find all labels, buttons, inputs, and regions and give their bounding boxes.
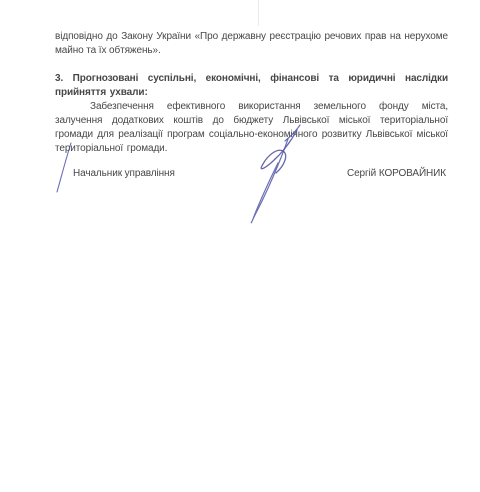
section-3-body: Забезпечення ефективного використання зе… (55, 100, 448, 156)
position-title: Начальник управління (73, 167, 175, 181)
document-page: { "page": { "background": "#ffffff", "te… (0, 0, 480, 492)
signer-name: Сергій КОРОВАЙНИК (347, 167, 446, 181)
scan-artifact-line (258, 0, 259, 26)
section-3-heading: 3. Прогнозовані суспільні, економічні, ф… (55, 72, 448, 100)
document-content: відповідно до Закону України «Про держав… (55, 30, 448, 181)
intro-paragraph: відповідно до Закону України «Про держав… (55, 30, 448, 58)
signature-row: Начальник управління Сергій КОРОВАЙНИК (55, 167, 448, 181)
page-background: відповідно до Закону України «Про держав… (0, 0, 480, 492)
